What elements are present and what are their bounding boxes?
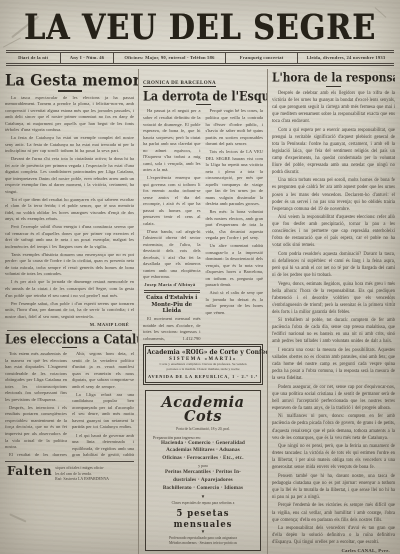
infobar-dateline: Lleida, divendres, 24 novembre 1933 — [297, 53, 394, 63]
article-gesta-memorable: La Gesta memorable La tasca espectacular… — [5, 73, 134, 327]
article-headline: L'hora de la responsabilitat — [272, 72, 395, 84]
article-derrota-esquerra: CRONICA DE BARCELONA La derrota de l'Esq… — [143, 71, 263, 342]
body-paragraph: Una mica torbats encara pel soroll, molt… — [272, 177, 395, 212]
body-paragraph: L'experiència ensenya que qui governa co… — [143, 175, 201, 227]
headline-ornament — [326, 86, 341, 87]
body-paragraph: Perquè vagin bé les coses, la política q… — [206, 108, 264, 147]
classified-ad-title: Falten — [7, 465, 52, 477]
article-headline: Les eleccions a Catalunya — [5, 333, 134, 346]
classified-ad-line: Raó: Sastreria LA ESPARDENYA — [55, 477, 109, 482]
body-paragraph: El resultat de les darreres eleccions re… — [5, 452, 67, 457]
headline-ornament — [196, 104, 211, 105]
headline-ornament — [58, 90, 82, 92]
body-paragraph: I és per això que la jornada de diumenge… — [5, 279, 134, 299]
article-kicker: CRONICA DE BARCELONA — [143, 81, 216, 88]
article-signature: M. MASIP LORÉ — [5, 322, 134, 327]
body-paragraph: Ahir, segons hom deia, el sentit de la v… — [72, 351, 134, 390]
ad-academia-roig: Academia «ROIG» de Corte y Confección SI… — [145, 346, 261, 382]
subcolumn-left: Tots estem més assabentats de la manera … — [5, 351, 67, 457]
body-paragraph: Això sí: el caliu de seny que la jornada… — [206, 290, 264, 316]
page-columns: La Gesta memorable La tasca espectacular… — [5, 69, 395, 554]
article-hora-responsabilitat: L'hora de la responsabilitat Després de … — [272, 73, 395, 553]
body-paragraph: Pensem també que hi ha, davant nostre, u… — [272, 473, 395, 501]
ad-text-line: patrones a la medida. Clases: mañana, ta… — [147, 367, 259, 372]
body-paragraph: Vegeu, doncs, estimats llegidors, quina … — [272, 281, 395, 316]
ad-address: Porta de la Constitució, 18 y 20, pral. — [148, 427, 258, 431]
ad-address: AVENIDA DE LA REPUBLICA, 1 - 2.º 1.ª — [147, 374, 259, 379]
body-paragraph: Si treballem al poble, tot durarà: compt… — [272, 317, 395, 345]
body-paragraph: La tasca espectacular de les eleccions j… — [5, 95, 134, 134]
body-paragraph: Perquè l'endemà de les victòries és semp… — [272, 502, 395, 523]
body-paragraph: Que ningú no es pensi, però, que la feri… — [272, 443, 395, 471]
ad-title: Academia Cots — [148, 396, 258, 425]
article-signature: Carles CANAL, Pvre. — [272, 548, 395, 553]
body-paragraph: Després de celebrar amb els llegidors qu… — [272, 90, 395, 125]
body-paragraph: La festa de Catalunya ha estat un exempl… — [5, 135, 134, 155]
ad-subject-line: Academias Militares · Aduanas — [148, 447, 258, 455]
headline-ornament — [62, 347, 77, 348]
body-paragraph: Com podria resoldre's aquesta dominació?… — [272, 251, 395, 279]
article-text: Ha passat ja el neguit per a saber el re… — [143, 108, 201, 280]
notice-body: El moviment mensual més notable del mes … — [143, 316, 201, 341]
infobar-edition: Diari de la nit — [6, 53, 60, 63]
infobar-offices: Oficines: Major, 90, entresol - Telèfon … — [113, 53, 226, 63]
body-paragraph: Davant de l'urna s'hi veia tota la ciuta… — [5, 156, 134, 195]
section-divider — [144, 290, 200, 293]
ad-subject-line: Bachillerato · Comercio · Idiomas — [148, 485, 258, 493]
masthead: LA VEU DEL SEGRE Diari de la nit Any I -… — [0, 0, 400, 66]
subcolumn-left: Ha passat ja el neguit per a saber el re… — [143, 108, 201, 341]
notice-headline: Caixa d'Estalvis i Monte-Piu de Lleida — [145, 295, 199, 314]
ad-connector: y para — [148, 464, 258, 468]
ad-title: Academia «ROIG» de Corte y Confección — [147, 349, 259, 356]
triangle-down-icon: ▼ — [148, 495, 258, 500]
body-paragraph: Podem assegurar, de cor net, sense cap p… — [272, 384, 395, 412]
article-headline: La Gesta memorable — [5, 72, 134, 89]
body-paragraph: Tants exemples d'història donaren una en… — [5, 252, 134, 278]
article-body: Ha passat ja el neguit per a saber el re… — [143, 108, 263, 341]
classified-ad-falten: Falten xiques oficiales i mitges oficia-… — [5, 461, 134, 482]
kicker-row: CRONICA DE BARCELONA — [143, 71, 263, 89]
column-middle: CRONICA DE BARCELONA La derrota de l'Esq… — [138, 69, 268, 554]
ad-subject-line: Oficinas · Ferrocarriles · Etc., etc. — [148, 455, 258, 463]
body-paragraph: Res més: la bona voluntat dels nostres e… — [206, 209, 264, 242]
body-paragraph: Per l'exemple sabut, d'un poble i d'un e… — [5, 301, 134, 321]
masthead-infobar: Diari de la nit Any I - Núm. 46 Oficines… — [6, 50, 394, 66]
ad-note: Métodos modernos · Sesiones teórico-prác… — [148, 541, 258, 546]
ad-subjects-group-2: Peritos Mercantiles · Peritos In-dustria… — [148, 469, 258, 493]
body-paragraph: Tots estem més assabentats de la manera … — [5, 351, 67, 403]
article-body: Tots estem més assabentats de la manera … — [5, 351, 134, 457]
body-paragraph: Tots els lectors de LA VEU DEL SEGRE hau… — [206, 149, 264, 208]
classified-ad-text: xiques oficiales i mitges oficia-les del… — [55, 465, 109, 482]
article-signature: Josep Maria d'Albinyà — [143, 282, 201, 287]
infobar-issue-number: Any I - Núm. 46 — [60, 53, 112, 63]
ad-subject-line: Hacienda · Comercio · Generalidad — [148, 440, 258, 448]
body-paragraph: Després, les intencions i els resultats … — [5, 405, 67, 451]
body-paragraph: Però l'exemple subtil d'una energia i d'… — [5, 224, 134, 250]
body-paragraph: Ni malfiances ni pors, doncs: comptem en… — [272, 413, 395, 441]
body-paragraph: Tot el que diem del resultat ho guanyare… — [5, 197, 134, 223]
newspaper-front-page: LA VEU DEL SEGRE Diari de la nit Any I -… — [0, 0, 400, 554]
body-paragraph: I el qui haurà de governar amb una línia… — [72, 433, 134, 458]
body-paragraph: Com a qui espera per a exercir aquesta r… — [272, 127, 395, 176]
masthead-title: LA VEU DEL SEGRE — [0, 0, 400, 46]
subcolumn-right: Ahir, segons hom deia, el sentit de la v… — [72, 351, 134, 457]
article-body: La tasca espectacular de les eleccions j… — [5, 95, 134, 321]
ad-subject-line: Peritos Mercantiles · Peritos In- — [148, 469, 258, 477]
ad-price: 5 pesetas mensuales — [148, 507, 258, 529]
body-paragraph: El moviment mensual més notable del mes … — [143, 316, 201, 341]
article-body: Després de celebrar amb els llegidors qu… — [272, 90, 395, 546]
ad-note: Clases especiales de repaso para señorit… — [148, 501, 258, 506]
body-paragraph: Així veiem la responsabilitat d'aquestes… — [272, 214, 395, 249]
body-paragraph: Un altre comentari caldrà consagrar-lo a… — [206, 243, 264, 289]
subcolumn-right: Perquè vagin bé les coses, la política q… — [206, 108, 264, 341]
body-paragraph: La Lliga refarà ara una candidatura popu… — [72, 392, 134, 431]
body-paragraph: Ha passat ja el neguit per a saber el re… — [143, 108, 201, 173]
column-left: La Gesta memorable La tasca espectacular… — [5, 69, 138, 554]
ad-subjects-group-1: Hacienda · Comercio · GeneralidadAcademi… — [148, 440, 258, 464]
ad-subject-line: dustriales · Aparejadores — [148, 477, 258, 485]
body-paragraph: I encara una cosa: la mesura de les poss… — [272, 347, 395, 382]
article-headline: La derrota de l'Esquerra — [143, 90, 263, 103]
column-right: L'hora de la responsabilitat Després de … — [268, 69, 395, 554]
body-paragraph: D'una banda, cal afegir-hi l'abstenció o… — [143, 229, 201, 281]
body-paragraph: La responsabilitat dels vencedors d'avui… — [272, 525, 395, 546]
article-eleccions-catalunya: Les eleccions a Catalunya Tots estem més… — [5, 334, 134, 458]
triangle-down-icon: ▼ — [148, 530, 258, 535]
ad-academia-cots: Academia Cots Porta de la Constitució, 1… — [145, 390, 261, 551]
infobar-postal-notice: Franqueig concertat — [225, 53, 297, 63]
